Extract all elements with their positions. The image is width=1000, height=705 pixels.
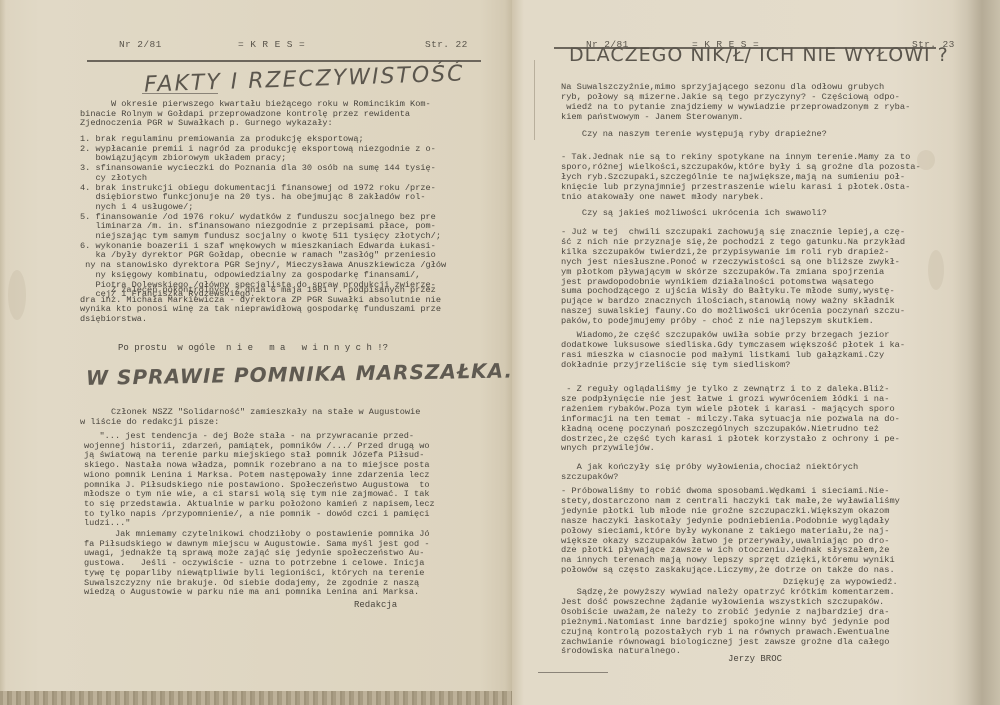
header-rule [87,60,481,62]
interview-question: Wiadomo,że część szczupaków uwiła sobie … [561,331,905,371]
article-intro: W okresie pierwszego kwartału bieżącego … [80,100,431,129]
editorial-response: Jak mniemamy czytelnikowi chodziłoby o p… [84,530,430,598]
article-conclusion: Z zaleceń pokontrolnych z dnia 6 maja 19… [80,286,441,325]
page-22: Nr 2/81 = K R E S = Str. 22 FAKTY I RZEC… [0,0,512,705]
signature: Jerzy BROC [728,654,782,664]
interview-answer: - Tak.Jednak nie są to rekiny spotykane … [561,153,921,203]
interview-answer: - Z reguły oglądaliśmy je tylko z zewnąt… [561,385,900,454]
headline-underline [142,93,218,94]
interview-question: Czy na naszym terenie występują ryby dra… [561,130,827,140]
article-intro: Członek NSZZ "Solidarność" zamieszkały n… [80,408,420,427]
magazine-spread: Nr 2/81 = K R E S = Str. 22 FAKTY I RZEC… [0,0,1000,705]
interview-question: Czy są jakieś możliwości ukrócenia ich s… [561,209,827,219]
page-number: Str. 22 [425,39,468,50]
paper-stain [8,270,26,320]
interview-answer: - Już w tej chwili szczupaki zachowują s… [561,228,905,327]
author-comment: Sądzę,że powyższy wywiad należy opatrzyć… [561,588,895,657]
signature: Redakcja [354,600,397,610]
page-23: Nr 2/81 = K R E S = Str. 23 DLACZEGO NIK… [512,0,1000,705]
article-closing: Po prostu w ogóle n i e m a w i n n y c … [118,344,388,354]
pencil-mark [538,672,608,673]
article-headline: W SPRAWIE POMNIKA MARSZAŁKA... [86,358,512,390]
interview-question: A jak kończyły się próby wyłowienia,choc… [561,463,858,483]
article-headline: DLACZEGO NIK/Ł/ ICH NIE WYŁOWI ? [569,44,949,66]
interview-answer: - Próbowaliśmy to robić dwoma sposobami.… [561,487,900,576]
findings-list: 1. brak regulaminu premiowania za produk… [80,135,446,300]
reader-letter-quote: "... jest tendencja - dej Boże stała - n… [84,432,435,529]
article-intro: Na Suwalszczyźnie,mimo sprzyjającego sez… [561,83,910,123]
paper-stain [928,250,944,290]
publication-title: = K R E S = [238,39,305,50]
issue-number: Nr 2/81 [119,39,162,50]
